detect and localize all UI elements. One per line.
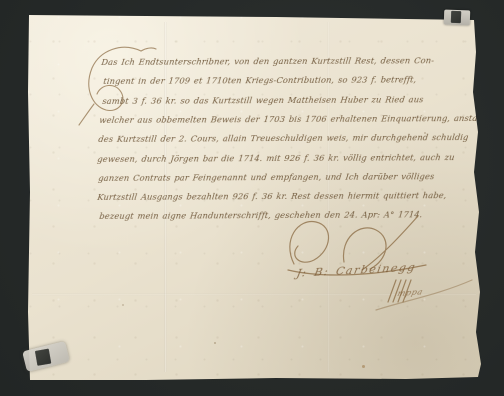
mounting-clip-top-right — [444, 10, 471, 26]
photo-backdrop: Das Ich Endtsunterschribner, von den gan… — [0, 0, 504, 396]
handwritten-line: welcher aus obbemelten Beweis der 1703 b… — [99, 113, 485, 126]
clip-dark-square — [451, 11, 461, 23]
handwritten-line: Kurtzstill Ausgangs bezahlten 926 f. 36 … — [97, 190, 447, 203]
handwritten-line: sambt 3 f. 36 kr. so das Kurtzstill wege… — [102, 94, 424, 107]
signature-paraph: mppa — [396, 287, 424, 298]
handwritten-line: des Kurtzstill der 2. Cours, allain Treu… — [98, 132, 469, 145]
foxing-speck — [362, 365, 365, 368]
handwritten-line: tingent in der 1709 et 1710ten Kriegs-Co… — [103, 74, 417, 87]
handwritten-line: ganzen Contrats par Feingenannt und empf… — [98, 171, 435, 184]
handwritten-line: bezeugt mein aigne Handunterschrifft, ge… — [99, 209, 423, 222]
signature-name: J: B: Carbeinegg — [295, 261, 417, 280]
manuscript-paper: Das Ich Endtsunterschribner, von den gan… — [26, 12, 484, 380]
foxing-speck — [122, 304, 124, 306]
handwritten-line: gewesen, durch Jörgen bar die 1714. mit … — [97, 152, 455, 165]
foxing-speck — [214, 342, 216, 344]
handwritten-line: Das Ich Endtsunterschribner, von den gan… — [101, 55, 435, 68]
clip-dark-square — [35, 349, 51, 366]
